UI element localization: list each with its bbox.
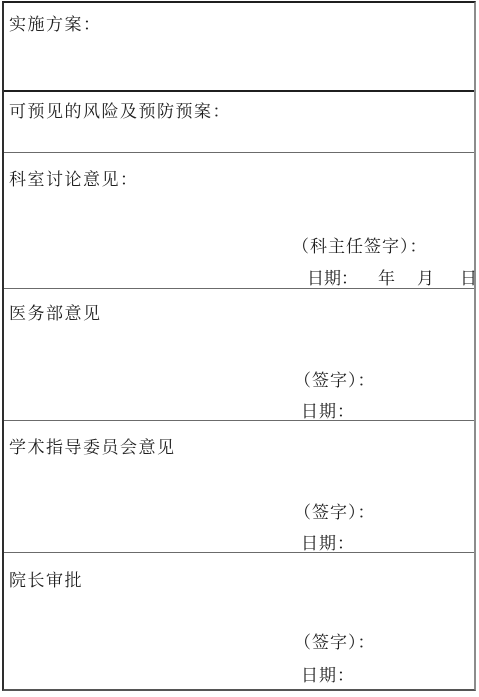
year-label: 年	[378, 264, 395, 289]
row-academic-committee-opinion: 学术指导委员会意见 （签字）： 日期：	[4, 421, 474, 553]
day-label: 日	[460, 264, 477, 289]
row-implementation-plan: 实施方案：	[4, 3, 474, 92]
row-medical-affairs-opinion: 医务部意见 （签字）： 日期：	[4, 289, 474, 421]
signature-label: （签字）：	[294, 498, 376, 523]
approval-form-table: 实施方案： 可预见的风险及预防预案： 科室讨论意见： （科主任签字）： 日期： …	[2, 1, 476, 691]
row-department-discussion-opinion: 科室讨论意见： （科主任签字）： 日期： 年 月 日	[4, 153, 474, 289]
date-label: 日期：	[307, 264, 358, 289]
date-label: 日期：	[301, 661, 355, 686]
row-dean-approval: 院长审批 （签字）： 日期：	[4, 553, 474, 689]
academic-committee-opinion-label: 学术指导委员会意见	[9, 433, 176, 458]
risk-prevention-plan-label: 可预见的风险及预防预案：	[9, 97, 231, 122]
date-label: 日期：	[301, 529, 355, 554]
signature-label: （签字）：	[294, 628, 376, 653]
dean-approval-label: 院长审批	[9, 566, 83, 591]
date-label: 日期：	[301, 397, 355, 422]
department-discussion-label: 科室讨论意见：	[9, 165, 139, 190]
month-label: 月	[417, 264, 434, 289]
implementation-plan-label: 实施方案：	[9, 10, 102, 35]
row-risk-prevention-plan: 可预见的风险及预防预案：	[4, 92, 474, 153]
department-head-signature-label: （科主任签字）：	[292, 232, 428, 257]
medical-affairs-opinion-label: 医务部意见	[9, 299, 102, 324]
signature-label: （签字）：	[294, 366, 376, 391]
